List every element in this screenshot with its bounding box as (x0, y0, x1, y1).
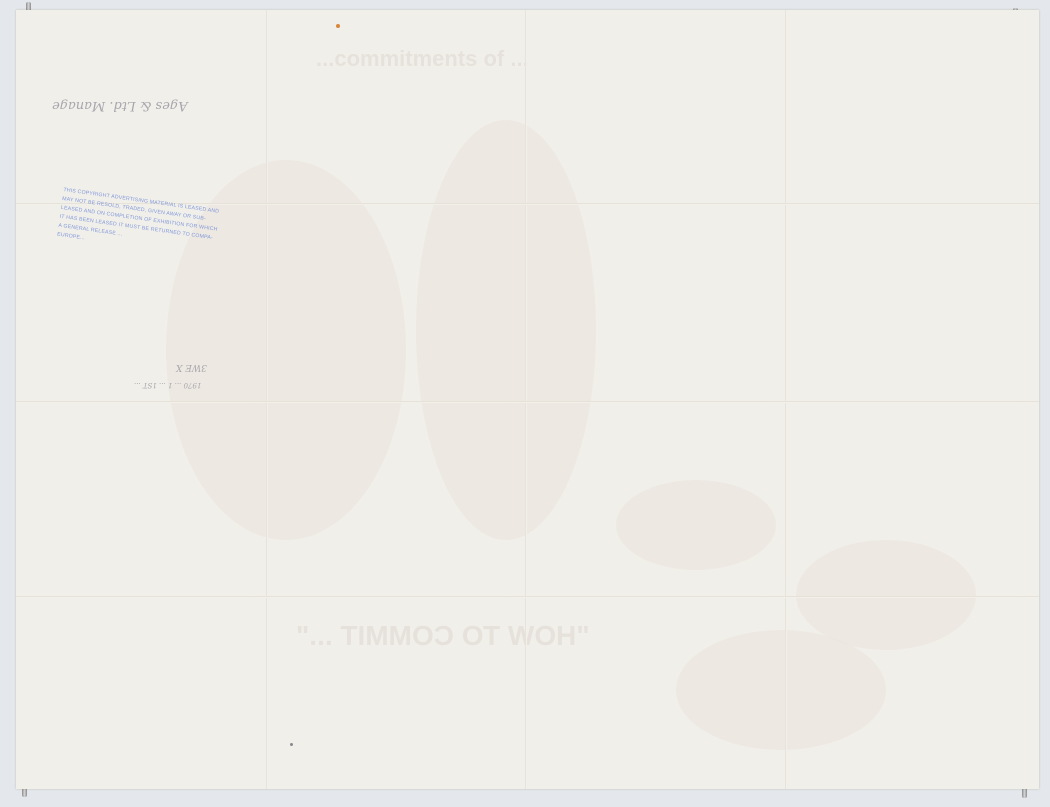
ghost-cloud-1 (616, 480, 776, 570)
ghost-cloud-2 (796, 540, 976, 650)
fold-line-horizontal-3 (16, 596, 1039, 598)
ghost-figure-center (416, 120, 596, 540)
fold-line-vertical-2 (525, 10, 527, 789)
show-through-title-top: ...commitments of ... (316, 46, 529, 72)
handwritten-note-lower: 1970 ... 1 ... 1ST ... (134, 381, 201, 389)
orange-speck (336, 24, 340, 28)
dark-speck (290, 743, 293, 746)
handwritten-note-top: Ages & Ltd. Manage (52, 98, 188, 113)
ghost-cloud-3 (676, 630, 886, 750)
show-through-title-bottom: "HOW TO COMMIT ..." (296, 620, 590, 652)
fold-line-horizontal-2 (16, 401, 1039, 403)
fold-line-vertical-1 (266, 10, 268, 789)
fold-line-vertical-3 (785, 10, 787, 789)
poster-back: ...commitments of ... "HOW TO COMMIT ...… (16, 10, 1039, 789)
handwritten-note-middle: 3WE X (176, 362, 207, 372)
